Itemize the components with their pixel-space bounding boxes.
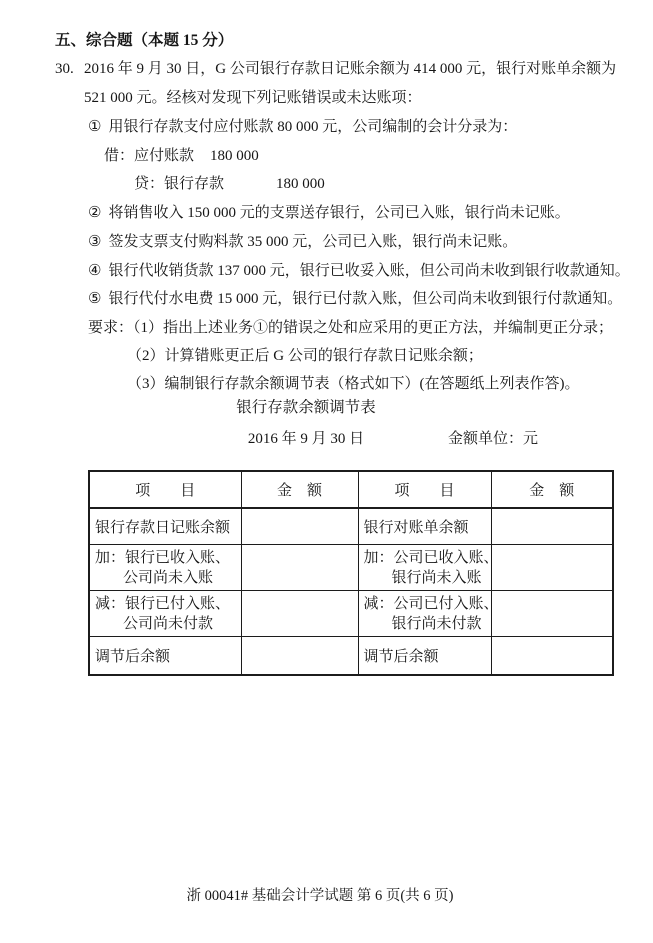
cell-adjusted-left-label: 调节后余额 [89, 637, 241, 676]
question-number: 30. [55, 60, 74, 79]
cell-add-left-amount [241, 545, 358, 591]
cell-add-left-label: 加：银行已收入账、 公司尚未入账 [89, 545, 241, 591]
question-item-1: ①用银行存款支付应付账款 80 000 元，公司编制的会计分录为： [88, 118, 517, 137]
journal-debit-line: 借：应付账款180 000 [104, 147, 259, 166]
item-3-text: 签发支票支付购料款 35 000 元，公司已入账，银行尚未记账。 [108, 234, 517, 250]
section-heading: 五、综合题（本题 15 分） [55, 31, 233, 50]
cell-less-right-line2: 银行尚未付款 [364, 614, 486, 634]
cell-statement-balance-amount [491, 508, 613, 545]
cell-less-left-line1: 减：银行已付入账、 [95, 594, 236, 614]
header-item-right: 项 目 [358, 471, 491, 508]
table-row-add: 加：银行已收入账、 公司尚未入账 加：公司已收入账、 银行尚未入账 [89, 545, 613, 591]
cell-less-left-amount [241, 591, 358, 637]
cell-adjusted-right-label: 调节后余额 [358, 637, 491, 676]
reconciliation-table: 项 目 金 额 项 目 金 额 银行存款日记账余额 银行对账单余额 加：银行已收… [88, 470, 614, 676]
requirement-line-1: 要求：（1）指出上述业务①的错误之处和应采用的更正方法，并编制更正分录； [88, 319, 613, 338]
question-item-2: ②将销售收入 150 000 元的支票送存银行，公司已入账，银行尚未记账。 [88, 204, 570, 223]
cell-book-balance-amount [241, 508, 358, 545]
table-row-less: 减：银行已付入账、 公司尚未付款 减：公司已付入账、 银行尚未付款 [89, 591, 613, 637]
cell-less-right-label: 减：公司已付入账、 银行尚未付款 [358, 591, 491, 637]
cell-less-right-line1: 减：公司已付入账、 [364, 594, 486, 614]
question-intro-line1: 2016 年 9 月 30 日，G 公司银行存款日记账余额为 414 000 元… [84, 60, 616, 79]
item-4-marker: ④ [88, 262, 101, 281]
journal-credit-label: 贷：银行存款 [134, 176, 224, 192]
cell-add-right-line1: 加：公司已收入账、 [364, 548, 486, 568]
requirement-line-2: （2）计算错账更正后 G 公司的银行存款日记账余额； [127, 347, 483, 366]
reconciliation-unit: 金额单位：元 [448, 427, 538, 448]
journal-debit-amount: 180 000 [210, 148, 259, 164]
item-1-marker: ① [88, 118, 101, 137]
question-item-5: ⑤银行代付水电费 15 000 元，银行已付款入账，但公司尚未收到银行付款通知。 [88, 290, 622, 309]
cell-statement-balance-label: 银行对账单余额 [358, 508, 491, 545]
table-header-row: 项 目 金 额 项 目 金 额 [89, 471, 613, 508]
table-row-balance: 银行存款日记账余额 银行对账单余额 [89, 508, 613, 545]
header-item-left: 项 目 [89, 471, 241, 508]
question-item-4: ④银行代收销货款 137 000 元，银行已收妥入账，但公司尚未收到银行收款通知… [88, 262, 630, 281]
cell-add-right-line2: 银行尚未入账 [364, 568, 486, 588]
item-2-marker: ② [88, 204, 101, 223]
cell-adjusted-left-amount [241, 637, 358, 676]
item-4-text: 银行代收销货款 137 000 元，银行已收妥入账，但公司尚未收到银行收款通知。 [108, 263, 629, 279]
cell-less-right-amount [491, 591, 613, 637]
cell-add-right-label: 加：公司已收入账、 银行尚未入账 [358, 545, 491, 591]
reconciliation-title: 银行存款余额调节表 [0, 398, 612, 417]
header-amount-left: 金 额 [241, 471, 358, 508]
cell-add-right-amount [491, 545, 613, 591]
cell-adjusted-right-amount [491, 637, 613, 676]
item-1-text: 用银行存款支付应付账款 80 000 元，公司编制的会计分录为： [108, 119, 517, 135]
page-footer: 浙 00041# 基础会计学试题 第 6 页(共 6 页) [0, 884, 640, 905]
item-5-text: 银行代付水电费 15 000 元，银行已付款入账，但公司尚未收到银行付款通知。 [108, 291, 622, 307]
cell-add-left-line2: 公司尚未入账 [95, 568, 236, 588]
exam-page: 五、综合题（本题 15 分） 30. 2016 年 9 月 30 日，G 公司银… [0, 0, 653, 943]
cell-less-left-line2: 公司尚未付款 [95, 614, 236, 634]
header-amount-right: 金 额 [491, 471, 613, 508]
journal-debit-label: 借：应付账款 [104, 148, 194, 164]
journal-credit-amount: 180 000 [276, 176, 325, 192]
question-intro-line2: 521 000 元。经核对发现下列记账错误或未达账项： [84, 89, 422, 108]
requirement-line-3: （3）编制银行存款余额调节表（格式如下）(在答题纸上列表作答)。 [127, 375, 580, 394]
question-item-3: ③签发支票支付购料款 35 000 元，公司已入账，银行尚未记账。 [88, 233, 517, 252]
cell-book-balance-label: 银行存款日记账余额 [89, 508, 241, 545]
item-5-marker: ⑤ [88, 290, 101, 309]
cell-less-left-label: 减：银行已付入账、 公司尚未付款 [89, 591, 241, 637]
reconciliation-dateline: 2016 年 9 月 30 日 金额单位：元 [0, 427, 612, 447]
journal-credit-line: 贷：银行存款180 000 [134, 175, 325, 194]
cell-add-left-line1: 加：银行已收入账、 [95, 548, 236, 568]
table-row-adjusted: 调节后余额 调节后余额 [89, 637, 613, 676]
item-3-marker: ③ [88, 233, 101, 252]
item-2-text: 将销售收入 150 000 元的支票送存银行，公司已入账，银行尚未记账。 [108, 205, 569, 221]
